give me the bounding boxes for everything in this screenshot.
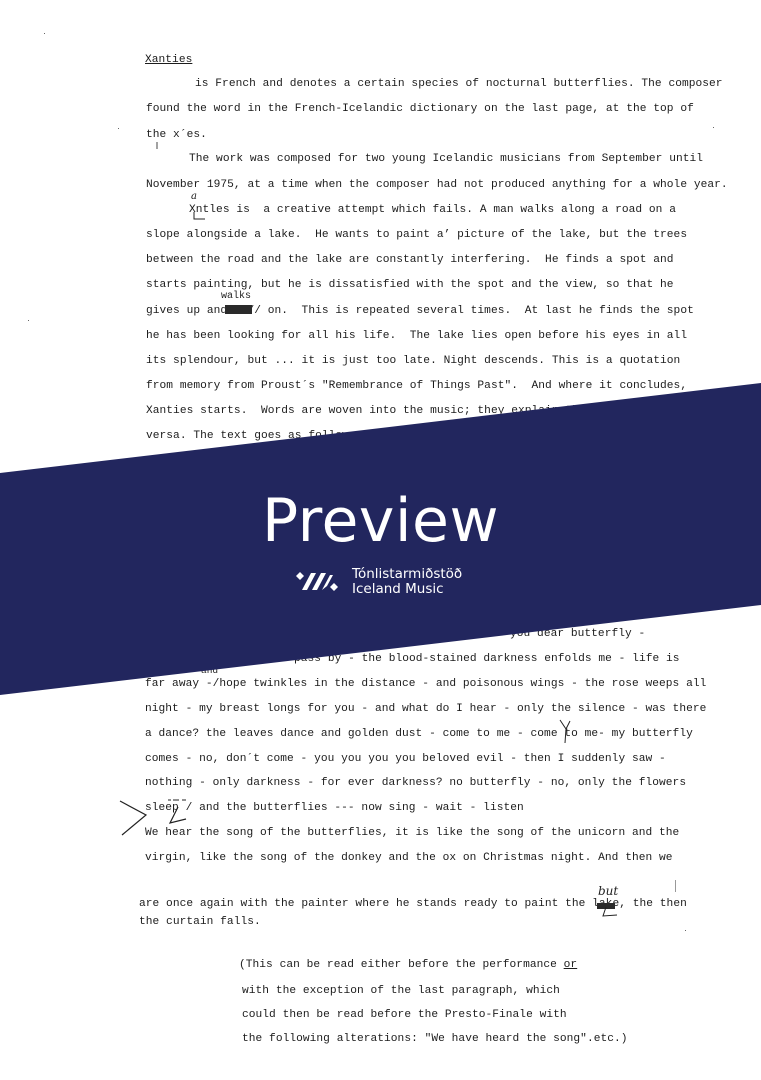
text-line: he has been looking for all his life. Th… [146,329,687,343]
document-title: Xanties [145,53,192,67]
scan-speck [118,128,119,129]
scanned-document-page: Xanties is French and denotes a certain … [0,0,761,1080]
text-line: virgin, like the song of the donkey and … [145,851,673,865]
margin-tick [155,142,159,150]
text-line: from memory from Proust´s "Remembrance o… [146,379,687,393]
text-line: Xntles is a creative attempt which fails… [189,203,676,217]
handwritten-and: and [201,665,218,676]
scan-speck [713,127,714,128]
handwritten-correction-mark [557,719,573,745]
text-line: nothing - only darkness - for ever darkn… [145,776,686,790]
text-line: a dance? the leaves dance and golden dus… [145,727,693,741]
text-line: night - my breast longs for you - and wh… [145,702,706,716]
closing-note-line: could then be read before the Presto-Fin… [242,1008,567,1022]
text-line: November 1975, at a time when the compos… [146,178,728,192]
handwritten-walks: walks [221,291,251,302]
text-line: far away -/hope twinkles in the distance… [145,677,706,691]
text-line: starts painting, but he is dissatisfied … [146,278,674,292]
text-line: found the word in the French-Icelandic d… [146,102,694,116]
text-line: comes - no, don´t come - you you you you… [145,752,666,766]
closing-note-line: the following alterations: "We have hear… [242,1032,628,1046]
text-line: sleep / and the butterflies --- now sing… [145,801,524,815]
closing-note-line: with the exception of the last paragraph… [242,984,560,998]
text-line: versa. The text goes as follows: [146,429,362,443]
text-line: the curtain falls. [139,915,261,929]
strikethrough-mark [225,305,252,314]
text-line: between the road and the lake are consta… [146,253,674,267]
text-line: is French and denotes a certain species … [195,77,723,91]
insertion-mark [193,212,207,222]
text-line: its splendour, but ... it is just too la… [146,354,680,368]
handwritten-but: but [598,884,618,898]
text-line: The work was composed for two young Icel… [189,152,703,166]
scan-speck [675,880,676,892]
closing-note-text: (This can be read either before the perf… [239,959,564,971]
text-line: slope alongside a lake. He wants to pain… [146,228,687,242]
text-line: the x´es. [146,128,207,142]
text-line: Xanties starts. Words are woven into the… [146,404,586,418]
insertion-mark [600,905,620,919]
text-line: We hear the song of the butterflies, it … [145,826,679,840]
scan-speck [28,320,29,321]
scan-speck [44,33,45,34]
handwritten-insert-a: a [191,191,197,202]
text-line: pass by - the blood-stained darkness enf… [294,652,680,666]
underlined-or: or [564,959,578,971]
scan-speck [685,930,686,931]
closing-note-line: (This can be read either before the perf… [239,958,577,972]
text-line: you dear butterfly - [510,627,645,641]
